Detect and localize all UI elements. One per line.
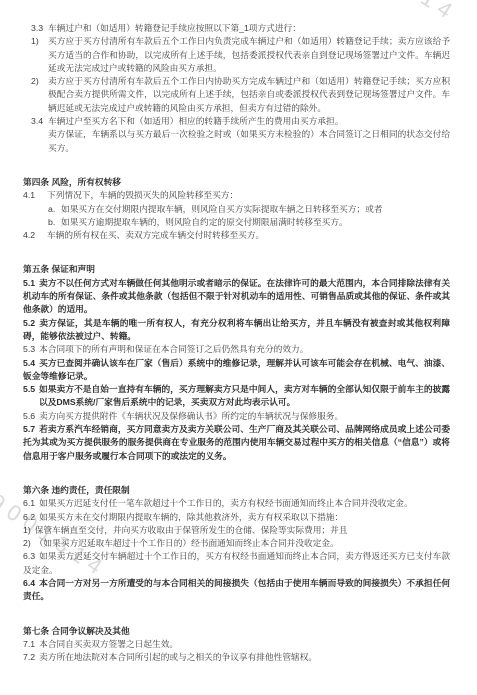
clause-text: 如果买方未在交付期限内提取车辆的，除其他救济外，卖方有权采取以下措施： xyxy=(39,512,343,522)
section-heading: 第四条 风险，所有权转移 xyxy=(23,176,450,189)
clause-text: 卖方向买方提供附件《车辆状况及保修确认书》所约定的车辆状况与保修服务。 xyxy=(39,411,343,421)
clause-number: 2) xyxy=(23,538,31,548)
clause-number: 5.2 xyxy=(23,318,35,328)
clause-number: 6.4 xyxy=(23,578,35,588)
clause-number: 3.4 xyxy=(31,115,48,128)
clause-paragraph: 5.3本合同项下的所有声明和保证在本合同签订之后仍然具有充分的效力。 xyxy=(23,343,450,356)
clause-text: 卖方不以任何方式对车辆做任何其他明示或者暗示的保证。在法律许可的最大范围内，本合… xyxy=(23,278,450,315)
clause-number: 5.1 xyxy=(23,278,35,288)
clause-text: 如果买方迟延支付任一笔车款超过十个工作日的，卖方有权经书面通知而终止本合同并没收… xyxy=(39,498,413,508)
section-heading: 第七条 合同争议解决及其他 xyxy=(23,625,450,638)
clause-number: 3.3 xyxy=(31,22,48,35)
clause-text: 车辆的所有权在买、卖双方完成车辆交付时转移至买方。 xyxy=(47,229,264,242)
clause-number: 5.4 xyxy=(23,358,35,368)
clause-number: 6.2 xyxy=(23,512,35,522)
clause-text: 如果买方逾期提取车辆的，则风险自约定的原交付期限届满时转移至买方。 xyxy=(61,216,348,229)
clause-paragraph: 5.6卖方向买方提供附件《车辆状况及保修确认书》所约定的车辆状况与保修服务。 xyxy=(23,410,450,423)
clause-number: 2) xyxy=(31,75,48,88)
clause-text: 如果卖方不是自始一直持有车辆的，买方理解卖方只是中间人，卖方对车辆的全部认知仅限… xyxy=(39,383,450,410)
section-heading: 第六条 违约责任，责任限制 xyxy=(23,484,450,497)
clause-paragraph: 4.2车辆的所有权在买、卖双方完成车辆交付时转移至买方。 xyxy=(23,229,450,242)
clause-text: 若卖方系汽车经销商，买方同意卖方及卖方关联公司、生产厂商及其关联公司、品牌网络成… xyxy=(23,424,450,461)
clause-number: 7.1 xyxy=(23,639,35,649)
clause-paragraph: 4.1下列情况下，车辆的毁损灭失的风险转移至买方： xyxy=(23,189,450,202)
clause-paragraph: 5.2卖方保证，其是车辆的唯一所有权人，有充分权利将车辆出让给买方，并且车辆没有… xyxy=(23,317,450,344)
document-body: 3.3车辆过户和（如适用）转籍登记手续应按照以下第_1项方式进行：1)买方应于买… xyxy=(0,0,477,664)
clause-text: 如果卖方迟延交付车辆超过十个工作日的，买方有权经书面通知而终止本合同，卖方得返还… xyxy=(23,551,450,574)
clause-paragraph: 1)买方应于买方付清所有车款后五个工作日内负责完成车辆过户和（如适用）转籍登记手… xyxy=(31,35,450,75)
clause-number: b. xyxy=(48,216,61,229)
clause-number: a. xyxy=(48,203,61,216)
clause-paragraph: 7.2卖方所在地法院对本合同所引起的或与之相关的争议享有排他性管辖权。 xyxy=(23,651,450,664)
clause-paragraph: b.如果买方逾期提取车辆的，则风险自约定的原交付期限届满时转移至买方。 xyxy=(48,216,450,229)
clause-text: 下列情况下，车辆的毁损灭失的风险转移至买方： xyxy=(47,189,238,202)
clause-number: 5.7 xyxy=(23,424,35,434)
clause-paragraph: 5.7若卖方系汽车经销商，买方同意卖方及卖方关联公司、生产厂商及其关联公司、品牌… xyxy=(23,423,450,463)
clause-number: 5.6 xyxy=(23,411,35,421)
clause-paragraph: 3.4车辆过户至买方名下和（如适用）相应的转籍手续所产生的费用由买方承担。 xyxy=(31,115,450,128)
clause-text: 卖方应于买方付清所有车款后五个工作日内协助买方完成车辆过户和（如适用）转籍登记手… xyxy=(48,75,450,115)
clause-paragraph: a.如果买方在交付期限内提取车辆，则风险自买方实际提取车辆之日转移至买方；或者 xyxy=(48,203,450,216)
clause-paragraph: 6.3如果卖方迟延交付车辆超过十个工作日的，买方有权经书面通知而终止本合同，卖方… xyxy=(23,550,450,577)
clause-paragraph: 2)（如果买方迟延取车超过十个工作日的）经书面通知而终止本合同并没收定金。 xyxy=(23,537,450,550)
clause-number: 5.5 xyxy=(23,383,39,396)
contract-page: G19001314 G19001314 3.3车辆过户和（如适用）转籍登记手续应… xyxy=(0,0,477,695)
clause-text: 如果买方在交付期限内提取车辆，则风险自买方实际提取车辆之日转移至买方；或者 xyxy=(61,203,382,216)
clause-paragraph: 6.4本合同一方对另一方所遭受的与本合同相关的间接损失（包括由于使用车辆而导致的… xyxy=(23,577,450,604)
clause-number: 1) xyxy=(31,35,48,48)
clause-number: 4.1 xyxy=(23,189,47,202)
clause-text: 本合同项下的所有声明和保证在本合同签订之后仍然具有充分的效力。 xyxy=(39,344,308,354)
clause-paragraph: 1)保管车辆直至交付，并向买方收取由于保管所发生的仓储、保险等实际费用；并且 xyxy=(23,524,450,537)
clause-number: 1) xyxy=(23,525,31,535)
clause-text: 卖方所在地法院对本合同所引起的或与之相关的争议享有排他性管辖权。 xyxy=(39,652,317,662)
clause-text: 卖方保证，其是车辆的唯一所有权人，有充分权利将车辆出让给买方，并且车辆没有被查封… xyxy=(23,318,450,341)
clause-text: 本合同自买卖双方签署之日起生效。 xyxy=(39,639,178,649)
clause-number: 6.1 xyxy=(23,498,35,508)
clause-paragraph: 5.4买方已查阅并确认该车在厂家（售后）系统中的维修记录，理解并认可该车可能会存… xyxy=(23,357,450,384)
clause-text: 保管车辆直至交付，并向买方收取由于保管所发生的仓储、保险等实际费用；并且 xyxy=(35,525,348,535)
clause-paragraph: 7.1本合同自买卖双方签署之日起生效。 xyxy=(23,638,450,651)
clause-text: 买方已查阅并确认该车在厂家（售后）系统中的维修记录，理解并认可该车可能会存在机械… xyxy=(23,358,450,381)
clause-number: 7.2 xyxy=(23,652,35,662)
clause-text: 买方应于买方付清所有车款后五个工作日内负责完成车辆过户和（如适用）转籍登记手续；… xyxy=(48,35,450,75)
clause-paragraph: 3.3车辆过户和（如适用）转籍登记手续应按照以下第_1项方式进行： xyxy=(31,22,450,35)
clause-text: （如果买方迟延取车超过十个工作日的）经书面通知而终止本合同并没收定金。 xyxy=(35,538,339,548)
clause-text: 本合同一方对另一方所遭受的与本合同相关的间接损失（包括由于使用车辆而导致的间接损… xyxy=(23,578,450,601)
clause-number: 5.3 xyxy=(23,344,35,354)
clause-paragraph: 6.2如果买方未在交付期限内提取车辆的，除其他救济外，卖方有权采取以下措施： xyxy=(23,511,450,524)
clause-paragraph: 2)卖方应于买方付清所有车款后五个工作日内协助买方完成车辆过户和（如适用）转籍登… xyxy=(31,75,450,115)
clause-paragraph: 6.1如果买方迟延支付任一笔车款超过十个工作日的，卖方有权经书面通知而终止本合同… xyxy=(23,497,450,510)
clause-paragraph: 卖方保证，车辆系以与买方最后一次检验之时或（如果买方未检验的）本合同签订之日相同… xyxy=(48,128,450,155)
clause-number: 6.3 xyxy=(23,551,35,561)
section-heading: 第五条 保证和声明 xyxy=(23,263,450,276)
clause-text: 车辆过户至买方名下和（如适用）相应的转籍手续所产生的费用由买方承担。 xyxy=(48,115,343,128)
clause-paragraph: 5.1卖方不以任何方式对车辆做任何其他明示或者暗示的保证。在法律许可的最大范围内… xyxy=(23,277,450,317)
clause-text: 车辆过户和（如适用）转籍登记手续应按照以下第_1项方式进行： xyxy=(48,22,301,35)
clause-number: 4.2 xyxy=(23,229,47,242)
clause-paragraph: 5.5如果卖方不是自始一直持有车辆的，买方理解卖方只是中间人，卖方对车辆的全部认… xyxy=(23,383,450,410)
